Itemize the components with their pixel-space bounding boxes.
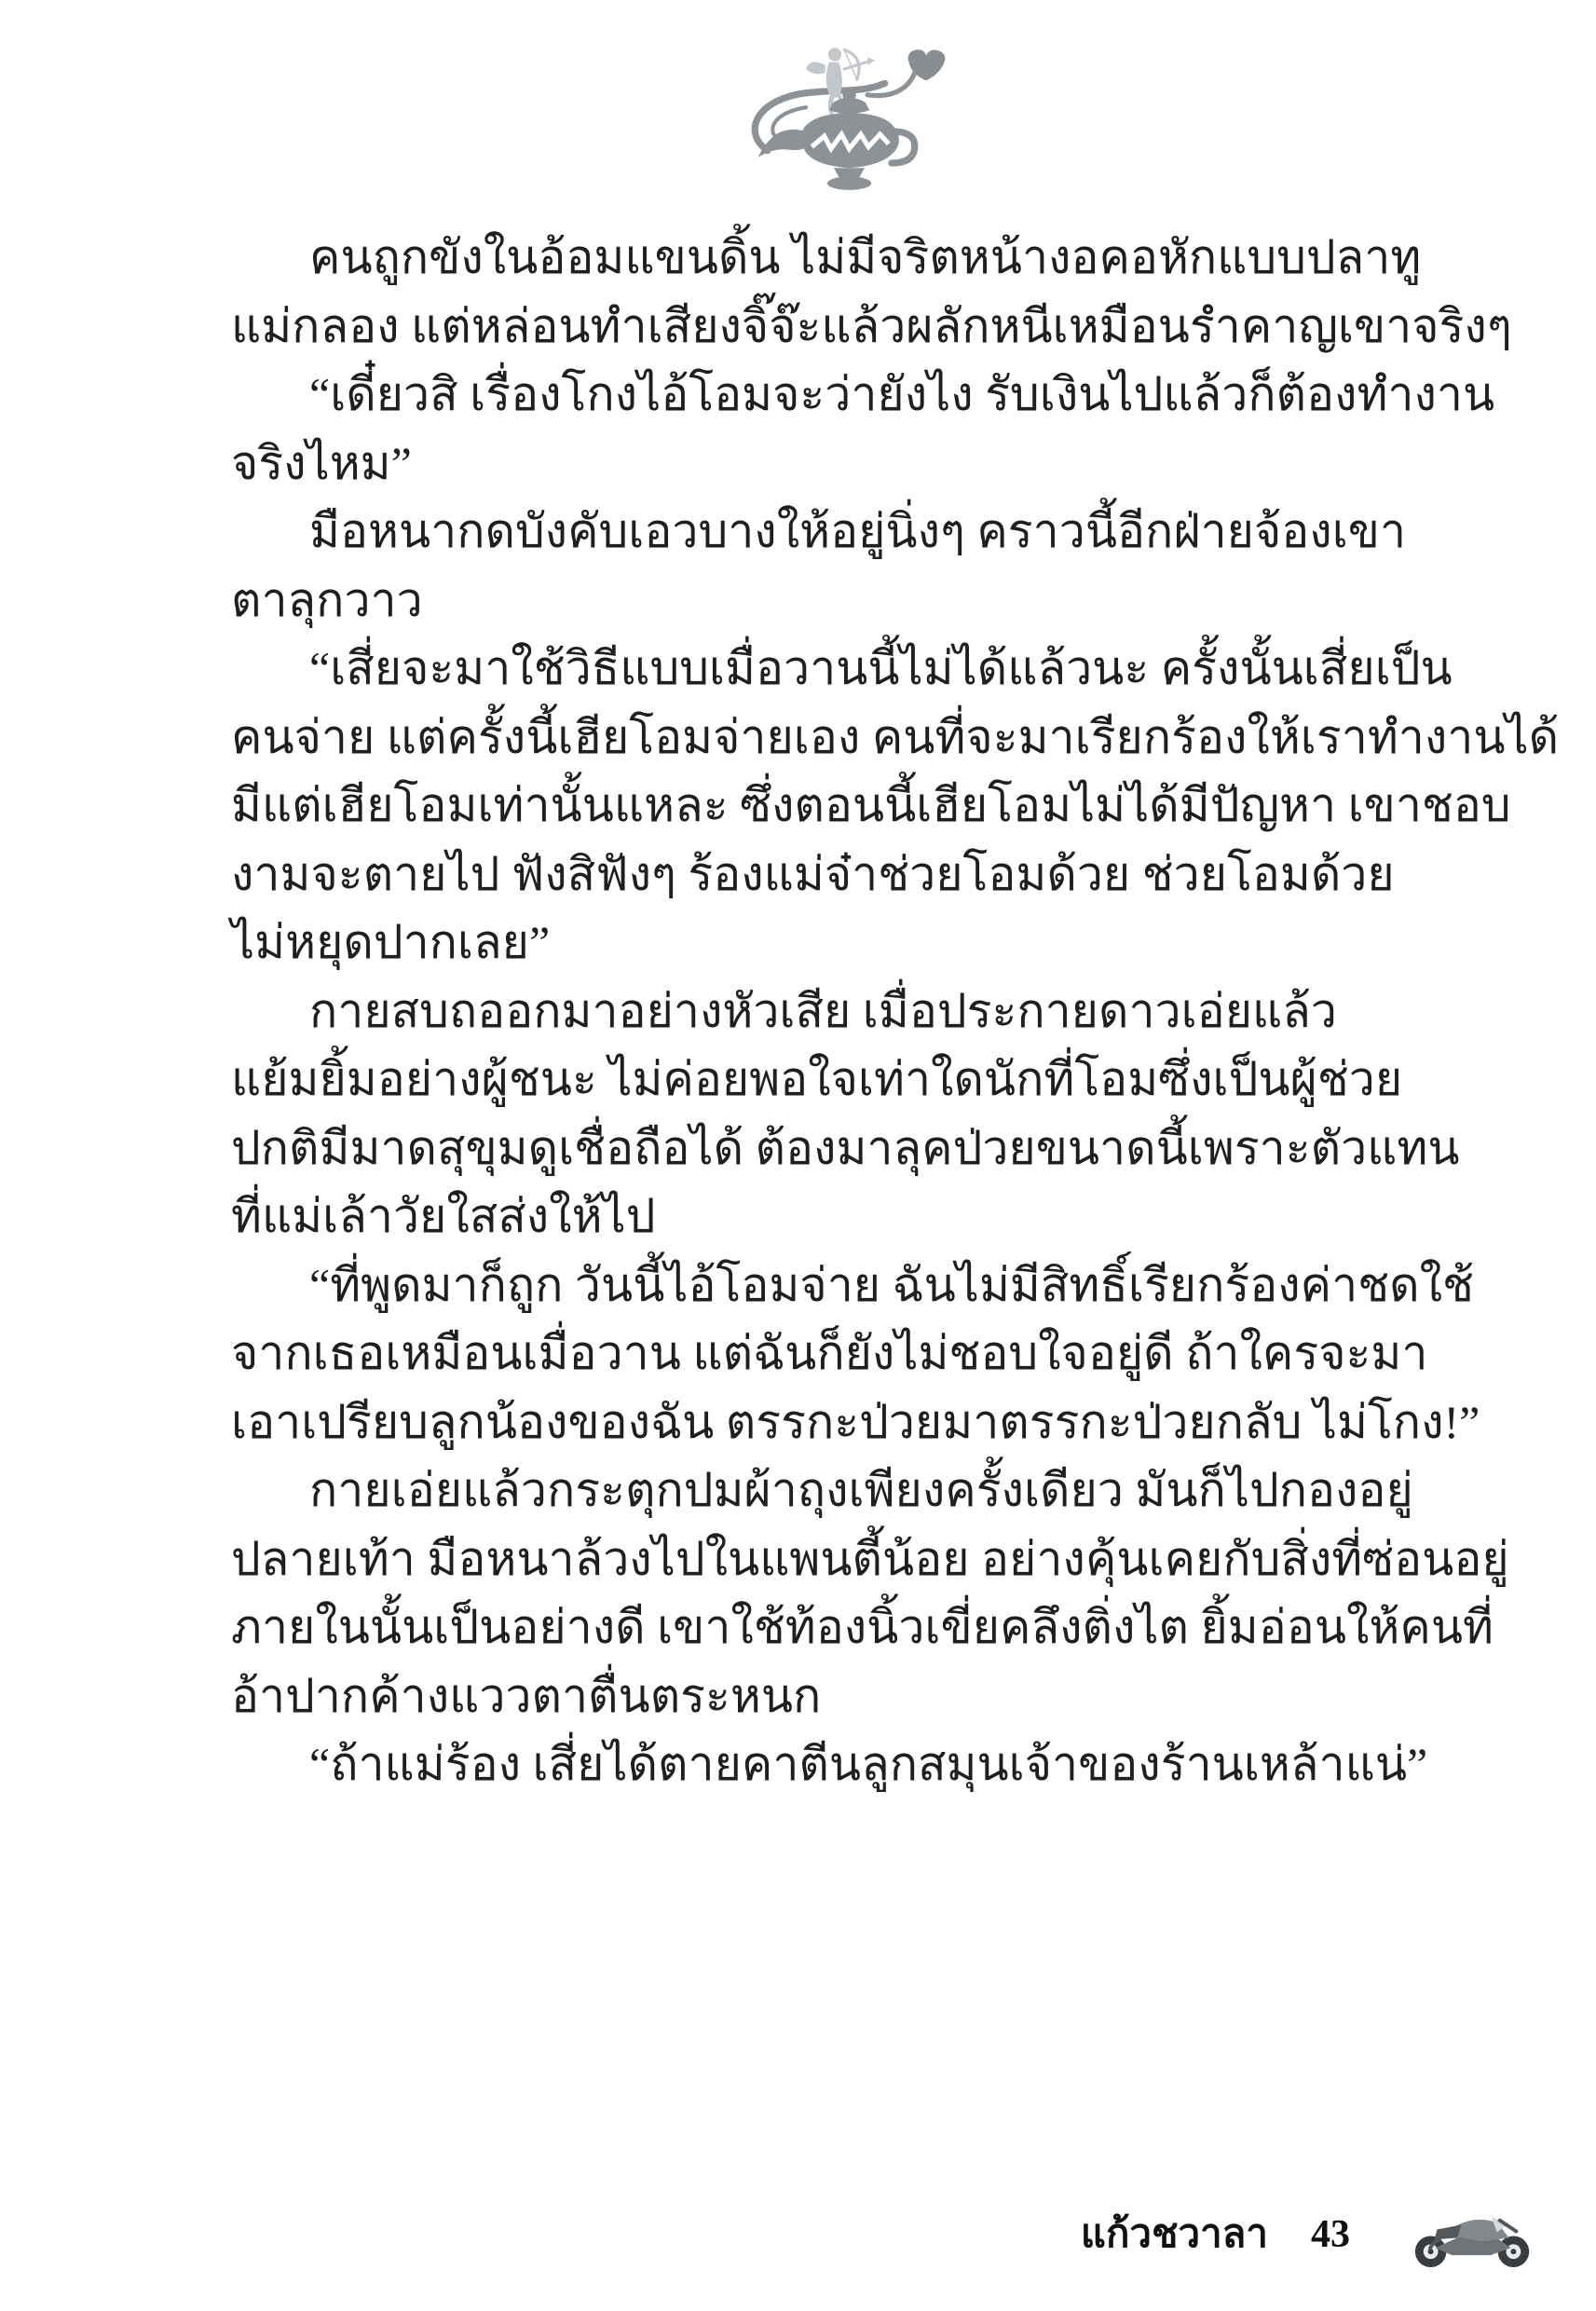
- lamp-body: [758, 89, 915, 190]
- text-line: ตาลุกวาว: [231, 567, 1433, 636]
- text-line: มีแต่เฮียโอมเท่านั้นแหละ ซึ่งตอนนี้เฮียโ…: [231, 772, 1433, 841]
- text-line: ภายในนั้นเป็นอย่างดี เขาใช้ท้องนิ้วเขี่ย…: [231, 1593, 1433, 1662]
- text-line: งามจะตายไป ฟังสิฟังๆ ร้องแม่จ๋าช่วยโอมด้…: [231, 841, 1433, 909]
- text-line: ที่แม่เล้าวัยใสส่งให้ไป: [231, 1183, 1433, 1251]
- text-line: กายสบถออกมาอย่างหัวเสีย เมื่อประกายดาวเอ…: [231, 978, 1433, 1046]
- text-line: “เดี๋ยวสิ เรื่องโกงไอ้โอมจะว่ายังไง รับเ…: [231, 361, 1433, 430]
- page-footer: แก้วชวาลา 43: [1081, 2192, 1542, 2276]
- text-line: คนจ่าย แต่ครั้งนี้เฮียโอมจ่ายเอง คนที่จะ…: [231, 704, 1433, 773]
- running-title: แก้วชวาลา: [1081, 2203, 1268, 2264]
- motorcycle-icon: [1404, 2195, 1542, 2273]
- page-text: คนถูกขังในอ้อมแขนดิ้น ไม่มีจริตหน้างอคอห…: [231, 224, 1433, 1799]
- text-line: แม่กลอง แต่หล่อนทำเสียงจิ๊จ๊ะแล้วผลักหนี…: [231, 293, 1433, 362]
- text-line: เอาเปรียบลูกน้องของฉัน ตรรกะป่วยมาตรรกะป…: [231, 1388, 1433, 1457]
- text-line: “เสี่ยจะมาใช้วิธีแบบเมื่อวานนี้ไม่ได้แล้…: [231, 635, 1433, 704]
- text-line: “ถ้าแม่ร้อง เสี่ยได้ตายคาตีนลูกสมุนเจ้าข…: [231, 1730, 1433, 1799]
- text-line: ปลายเท้า มือหนาล้วงไปในแพนตี้น้อย อย่างค…: [231, 1525, 1433, 1594]
- text-line: แย้มยิ้มอย่างผู้ชนะ ไม่ค่อยพอใจเท่าใดนัก…: [231, 1046, 1433, 1114]
- text-line: คนถูกขังในอ้อมแขนดิ้น ไม่มีจริตหน้างอคอห…: [231, 224, 1433, 293]
- genie-lamp-cupid-icon: [722, 39, 946, 193]
- text-line: ไม่หยุดปากเลย”: [231, 909, 1433, 978]
- text-line: ปกติมีมาดสุขุมดูเชื่อถือได้ ต้องมาลุคป่ว…: [231, 1114, 1433, 1183]
- page-number: 43: [1311, 2212, 1350, 2257]
- text-line: จากเธอเหมือนเมื่อวาน แต่ฉันก็ยังไม่ชอบใจ…: [231, 1320, 1433, 1388]
- text-line: มือหนากดบังคับเอวบางให้อยู่นิ่งๆ คราวนี้…: [231, 498, 1433, 567]
- book-page: คนถูกขังในอ้อมแขนดิ้น ไม่มีจริตหน้างอคอห…: [0, 0, 1596, 2311]
- text-line: กายเอ่ยแล้วกระตุกปมผ้าถุงเพียงครั้งเดียว…: [231, 1456, 1433, 1525]
- text-line: จริงไหม”: [231, 430, 1433, 499]
- text-line: “ที่พูดมาก็ถูก วันนี้ไอ้โอมจ่าย ฉันไม่มี…: [231, 1251, 1433, 1320]
- text-line: อ้าปากค้างแววตาตื่นตระหนก: [231, 1662, 1433, 1731]
